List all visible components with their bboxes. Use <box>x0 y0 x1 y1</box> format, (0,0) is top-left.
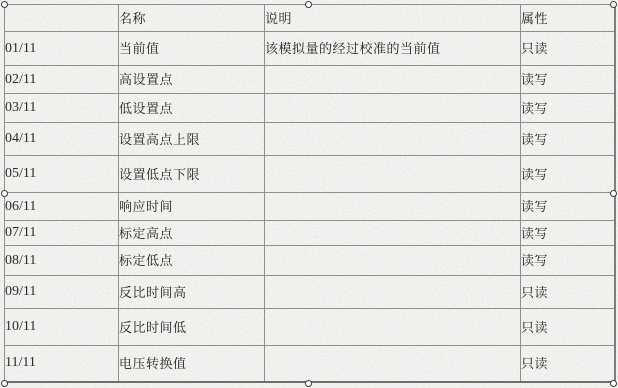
resize-handle-middle-left-icon[interactable] <box>1 190 8 197</box>
row-description <box>265 346 521 382</box>
row-index: 04/11 <box>5 123 119 156</box>
row-attribute: 读写 <box>521 156 615 193</box>
header-description: 说明 <box>265 5 521 32</box>
row-description <box>265 156 521 193</box>
row-name: 响应时间 <box>119 193 265 221</box>
resize-handle-bottom-right-icon[interactable] <box>610 380 617 387</box>
row-name: 高设置点 <box>119 66 265 94</box>
table-row: 03/11 低设置点 读写 <box>5 94 615 123</box>
table-row: 11/11 电压转换值 只读 <box>5 346 615 382</box>
parameter-table[interactable]: 名称 说明 属性 01/11 当前值 该模拟量的经过校准的当前值 只读 02/1… <box>4 4 616 383</box>
header-index <box>5 5 119 32</box>
row-index: 09/11 <box>5 276 119 309</box>
row-name: 反比时间高 <box>119 276 265 309</box>
resize-handle-bottom-left-icon[interactable] <box>1 380 8 387</box>
row-index: 10/11 <box>5 309 119 346</box>
resize-handle-top-right-icon[interactable] <box>610 1 617 8</box>
table-row: 09/11 反比时间高 只读 <box>5 276 615 309</box>
resize-handle-top-left-icon[interactable] <box>1 1 8 8</box>
resize-handle-bottom-center-icon[interactable] <box>305 380 312 387</box>
row-attribute: 读写 <box>521 246 615 276</box>
row-description <box>265 66 521 94</box>
row-index: 02/11 <box>5 66 119 94</box>
row-attribute: 只读 <box>521 346 615 382</box>
table-row: 06/11 响应时间 读写 <box>5 193 615 221</box>
row-name: 电压转换值 <box>119 346 265 382</box>
row-index: 01/11 <box>5 32 119 66</box>
row-description <box>265 221 521 246</box>
row-name: 设置高点上限 <box>119 123 265 156</box>
row-name: 低设置点 <box>119 94 265 123</box>
row-name: 反比时间低 <box>119 309 265 346</box>
row-description <box>265 123 521 156</box>
row-attribute: 只读 <box>521 309 615 346</box>
row-attribute: 读写 <box>521 193 615 221</box>
row-description <box>265 246 521 276</box>
row-attribute: 读写 <box>521 221 615 246</box>
row-index: 08/11 <box>5 246 119 276</box>
row-description <box>265 309 521 346</box>
header-attribute: 属性 <box>521 5 615 32</box>
table-row: 10/11 反比时间低 只读 <box>5 309 615 346</box>
header-name: 名称 <box>119 5 265 32</box>
row-index: 07/11 <box>5 221 119 246</box>
row-name: 标定高点 <box>119 221 265 246</box>
row-attribute: 读写 <box>521 123 615 156</box>
row-name: 设置低点下限 <box>119 156 265 193</box>
row-index: 05/11 <box>5 156 119 193</box>
row-index: 06/11 <box>5 193 119 221</box>
row-attribute: 只读 <box>521 32 615 66</box>
resize-handle-top-center-icon[interactable] <box>305 1 312 8</box>
row-name: 当前值 <box>119 32 265 66</box>
row-attribute: 读写 <box>521 66 615 94</box>
table-row: 04/11 设置高点上限 读写 <box>5 123 615 156</box>
row-index: 03/11 <box>5 94 119 123</box>
row-index: 11/11 <box>5 346 119 382</box>
table-row: 02/11 高设置点 读写 <box>5 66 615 94</box>
document-canvas: 名称 说明 属性 01/11 当前值 该模拟量的经过校准的当前值 只读 02/1… <box>0 0 618 388</box>
resize-handle-middle-right-icon[interactable] <box>610 190 617 197</box>
table-row: 05/11 设置低点下限 读写 <box>5 156 615 193</box>
table-row: 07/11 标定高点 读写 <box>5 221 615 246</box>
table-row: 08/11 标定低点 读写 <box>5 246 615 276</box>
row-description <box>265 193 521 221</box>
table-header-row: 名称 说明 属性 <box>5 5 615 32</box>
row-name: 标定低点 <box>119 246 265 276</box>
row-description: 该模拟量的经过校准的当前值 <box>265 32 521 66</box>
row-attribute: 读写 <box>521 94 615 123</box>
row-attribute: 只读 <box>521 276 615 309</box>
row-description <box>265 94 521 123</box>
row-description <box>265 276 521 309</box>
table-row: 01/11 当前值 该模拟量的经过校准的当前值 只读 <box>5 32 615 66</box>
